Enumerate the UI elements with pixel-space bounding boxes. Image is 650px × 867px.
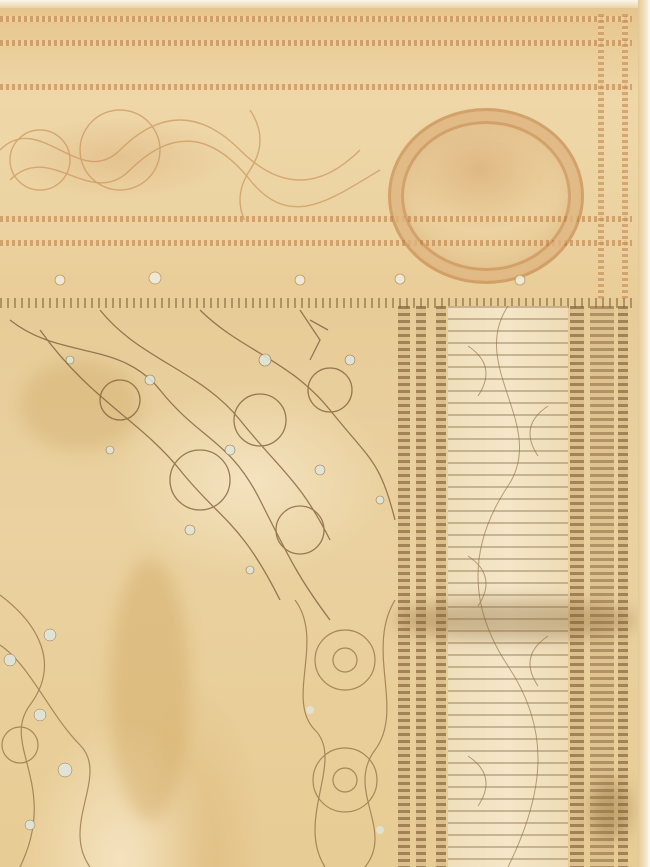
border-vine-pattern [0, 90, 640, 220]
right-border-guard-stripe [416, 306, 426, 867]
outer-guard-stripe [0, 16, 632, 22]
darker-pile-shading [395, 600, 635, 640]
flower-band [0, 262, 640, 298]
darker-pile-shading [590, 780, 630, 840]
corner-spandrel-vines [0, 300, 420, 630]
right-border-vines [448, 306, 568, 867]
outer-guard-stripe [0, 40, 632, 46]
rug-top-edge [0, 0, 650, 8]
rug-photo [0, 0, 650, 867]
rug-right-edge [638, 0, 650, 867]
side-vine-scrolls [285, 600, 405, 867]
right-border-guard-stripe [570, 306, 584, 867]
right-border-guard-stripe [436, 306, 446, 867]
right-border-guard-stripe [398, 306, 410, 867]
central-medallion-edge [0, 585, 110, 867]
